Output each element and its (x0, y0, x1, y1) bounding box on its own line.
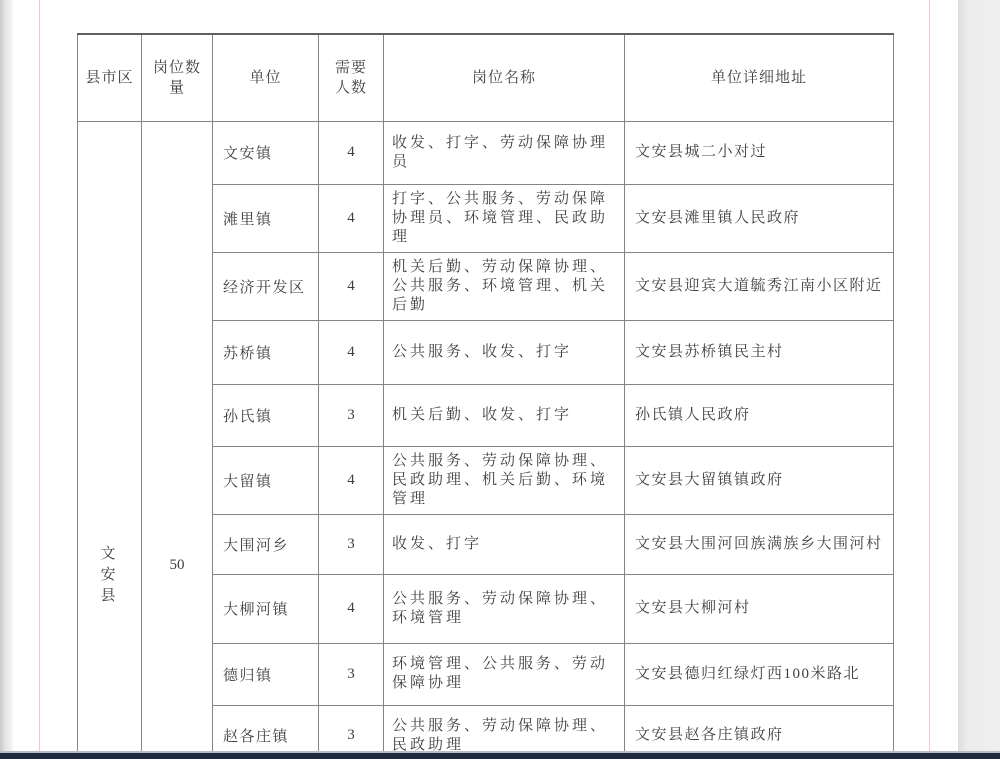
address-cell: 文安县苏桥镇民主村 (625, 320, 894, 384)
count-value: 4 (347, 278, 355, 294)
position-cell: 收发、打字、劳动保障协理员 (384, 121, 625, 184)
address-label: 文安县城二小对过 (635, 144, 767, 160)
position-cell: 环境管理、公共服务、劳动保障协理 (384, 643, 625, 705)
header-unit: 单位 (213, 34, 319, 121)
header-county: 县市区 (78, 34, 142, 121)
position-cell: 公共服务、劳动保障协理、环境管理 (384, 574, 625, 643)
count-cell: 3 (319, 384, 384, 446)
address-label: 文安县赵各庄镇政府 (635, 727, 784, 743)
unit-cell: 苏桥镇 (213, 320, 319, 384)
unit-cell: 大留镇 (213, 446, 319, 514)
page-right-gutter (958, 0, 1000, 759)
address-label: 孙氏镇人民政府 (635, 407, 751, 423)
header-quota: 岗位数 量 (142, 34, 213, 121)
address-label: 文安县迎宾大道毓秀江南小区附近 (635, 278, 883, 294)
address-cell: 文安县德归红绿灯西100米路北 (625, 643, 894, 705)
count-cell: 3 (319, 643, 384, 705)
unit-label: 大围河乡 (223, 538, 289, 554)
unit-cell: 大柳河镇 (213, 574, 319, 643)
address-cell: 文安县大柳河村 (625, 574, 894, 643)
position-label: 公共服务、劳动保障协理、民政助理、机关后勤、环境管理 (392, 453, 608, 507)
address-label: 文安县滩里镇人民政府 (635, 210, 800, 226)
window-bottom-bar (0, 753, 1000, 759)
position-label: 公共服务、劳动保障协理、民政助理 (392, 718, 608, 753)
header-needed: 需要 人数 (319, 34, 384, 121)
count-cell: 4 (319, 320, 384, 384)
count-value: 3 (347, 536, 355, 552)
position-cell: 收发、打字 (384, 514, 625, 574)
header-position: 岗位名称 (384, 34, 625, 121)
unit-cell: 德归镇 (213, 643, 319, 705)
county-cell: 文安县 (78, 121, 142, 759)
position-cell: 公共服务、劳动保障协理、民政助理、机关后勤、环境管理 (384, 446, 625, 514)
count-value: 3 (347, 407, 355, 423)
position-cell: 公共服务、收发、打字 (384, 320, 625, 384)
position-cell: 机关后勤、收发、打字 (384, 384, 625, 446)
address-cell: 文安县大围河回族满族乡大围河村 (625, 514, 894, 574)
count-value: 4 (347, 472, 355, 488)
count-value: 4 (347, 210, 355, 226)
unit-cell: 大围河乡 (213, 514, 319, 574)
header-address: 单位详细地址 (625, 34, 894, 121)
position-label: 公共服务、收发、打字 (392, 344, 572, 360)
position-label: 打字、公共服务、劳动保障协理员、环境管理、民政助理 (392, 191, 608, 245)
address-label: 文安县苏桥镇民主村 (635, 344, 784, 360)
count-cell: 4 (319, 446, 384, 514)
position-cell: 机关后勤、劳动保障协理、公共服务、环境管理、机关后勤 (384, 252, 625, 320)
unit-cell: 滩里镇 (213, 184, 319, 252)
address-cell: 文安县迎宾大道毓秀江南小区附近 (625, 252, 894, 320)
count-cell: 4 (319, 252, 384, 320)
unit-label: 苏桥镇 (223, 346, 273, 362)
unit-label: 大留镇 (223, 474, 273, 490)
address-label: 文安县德归红绿灯西100米路北 (635, 666, 860, 682)
position-label: 机关后勤、收发、打字 (392, 407, 572, 423)
unit-label: 经济开发区 (223, 280, 306, 296)
unit-label: 文安镇 (223, 146, 273, 162)
header-row: 县市区 岗位数 量 单位 需要 人数 岗位名称 单位详细地址 (78, 34, 894, 121)
count-cell: 4 (319, 121, 384, 184)
address-cell: 文安县滩里镇人民政府 (625, 184, 894, 252)
address-cell: 文安县城二小对过 (625, 121, 894, 184)
count-cell: 4 (319, 184, 384, 252)
jobs-table: 县市区 岗位数 量 单位 需要 人数 岗位名称 单位详细地址 文安县50 文安镇… (77, 33, 895, 759)
county-name: 文安县 (78, 544, 141, 607)
address-label: 文安县大围河回族满族乡大围河村 (635, 536, 883, 552)
count-cell: 4 (319, 574, 384, 643)
position-label: 收发、打字、劳动保障协理员 (392, 135, 608, 170)
margin-guide-right (929, 0, 930, 752)
unit-label: 大柳河镇 (223, 602, 289, 618)
unit-cell: 孙氏镇 (213, 384, 319, 446)
address-label: 文安县大留镇镇政府 (635, 472, 784, 488)
address-label: 文安县大柳河村 (635, 600, 751, 616)
unit-label: 滩里镇 (223, 212, 273, 228)
quota-total-value: 50 (142, 555, 212, 576)
position-label: 公共服务、劳动保障协理、环境管理 (392, 591, 608, 626)
unit-label: 德归镇 (223, 668, 273, 684)
count-value: 3 (347, 727, 355, 743)
count-value: 3 (347, 666, 355, 682)
table-row: 文安县50 文安镇 4 收发、打字、劳动保障协理员 文安县城二小对过 (78, 121, 894, 184)
unit-label: 孙氏镇 (223, 409, 273, 425)
count-value: 4 (347, 600, 355, 616)
position-label: 收发、打字 (392, 536, 482, 552)
position-label: 机关后勤、劳动保障协理、公共服务、环境管理、机关后勤 (392, 259, 608, 313)
unit-cell: 经济开发区 (213, 252, 319, 320)
position-label: 环境管理、公共服务、劳动保障协理 (392, 656, 608, 691)
quota-total-cell: 50 (142, 121, 213, 759)
address-cell: 孙氏镇人民政府 (625, 384, 894, 446)
count-cell: 3 (319, 514, 384, 574)
margin-guide-left (39, 0, 40, 752)
unit-cell: 文安镇 (213, 121, 319, 184)
document-page: 县市区 岗位数 量 单位 需要 人数 岗位名称 单位详细地址 文安县50 文安镇… (0, 0, 1000, 759)
unit-label: 赵各庄镇 (223, 729, 289, 745)
count-value: 4 (347, 344, 355, 360)
table-body: 文安县50 文安镇 4 收发、打字、劳动保障协理员 文安县城二小对过 滩里镇 4… (78, 121, 894, 759)
count-value: 4 (347, 144, 355, 160)
page-left-shadow (0, 0, 13, 759)
address-cell: 文安县大留镇镇政府 (625, 446, 894, 514)
position-cell: 打字、公共服务、劳动保障协理员、环境管理、民政助理 (384, 184, 625, 252)
